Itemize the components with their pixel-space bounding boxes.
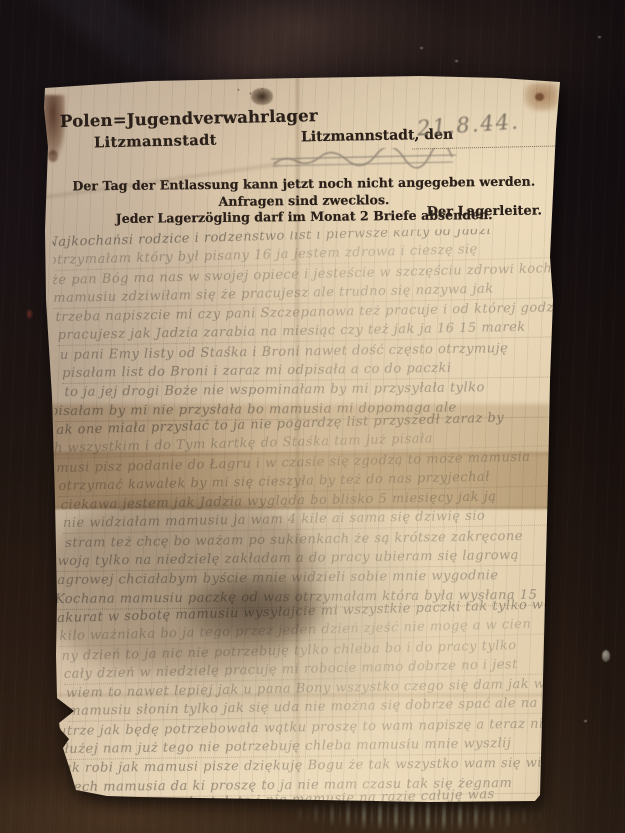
crossed-out-scribble	[268, 148, 463, 174]
photo-of-camp-letter: Polen=Jugendverwahrlager Litzmannstadt L…	[0, 0, 625, 833]
letterhead-org-name: Polen=Jugendverwahrlager	[60, 106, 318, 131]
left-edge-stain-small	[48, 150, 58, 162]
top-edge-ink-blot	[251, 88, 273, 105]
letter-sheet-wrap: Polen=Jugendverwahrlager Litzmannstadt L…	[0, 0, 625, 833]
top-right-stain	[524, 83, 558, 111]
letter-sheet: Polen=Jugendverwahrlager Litzmannstadt L…	[0, 0, 625, 833]
letterhead-org-city: Litzmannstadt	[94, 132, 217, 152]
handwriting-lines: Najkochańsi rodzice i rodzeństwo list i …	[52, 228, 559, 816]
top-edge-speckles	[235, 85, 269, 97]
top-right-stain-core	[535, 93, 544, 101]
